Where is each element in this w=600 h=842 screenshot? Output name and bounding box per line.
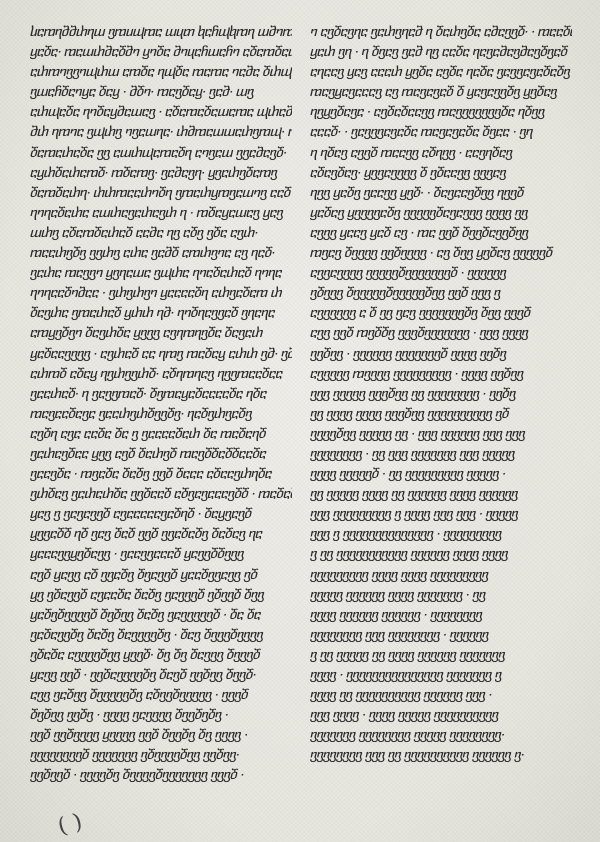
text-line: ⴁⴀⴃⴀⴂ ⴁⴂⴂⴂⴂⴀⴃⴂ ⴂⴂⴂⴂⴂⴃⴀⴂⴀⴂⴂⴂ ⴂⴂⴂⴂ ⴂⴂ: [310, 203, 572, 223]
text-line: ⴁⴂ ⴂⴃⴀⴂⴂⴃ ⴀⴂⴀⴀⴃⴀ ⴃⴀⴃⴂ ⴂⴀⴂⴂⴂⴃ ⴂⴃⴂⴂⴃ ⴃⴂⴂ: [30, 585, 292, 605]
margin-mark: ( ): [55, 809, 85, 839]
text-line: ⴂⴂⴂⴂⴂ ⴂⴂⴂⴂⴂⴂ ⴂⴂⴂⴂ ⴂⴂⴂⴂⴂⴂⴂ · ⴂⴂ: [310, 585, 572, 605]
text-line: ⴂⴀⴐⴀⴂⴃⴀⴀ ⴁⴂⴂ ⴀⴂⴃ ⴃⴀⴐⴂⴃ ⴊⴀⴂⴃⴃⴀⴃⴃⴀⴀⴃⴀ: [30, 444, 292, 464]
text-line: ⴀⴐⴊⴈⴂⴂⴈⴓⴐⴍ ⴀⴊⴃⴀ ⴄⴓⴃⴀ ⴊⴀⴊⴀ ⴈⴀⴋⴀ ⴃⴐⴓⴐ·ⴂⴈ: [30, 62, 292, 82]
text-line: ⴂⴍⴀⴌⴃⴀⴈⴁⴀ ⴃⴀⴁ · ⴋⴃⴈ· ⴊⴀⴂⴃⴀⴁ· ⴂⴀⴋ· ⴍⴂ: [30, 82, 292, 102]
text-line: [310, 765, 572, 785]
text-line: ⴂⴂⴂ ⴂⴂⴂⴂⴂ ⴂⴂⴂⴃⴂⴂ ⴂⴂ ⴂⴂⴂⴂⴂⴂⴂⴂ · ⴂⴂⴃⴂ: [310, 384, 572, 404]
text-line: ⴂⴃⴀⴃⴀ ⴀⴂⴂⴂⴂⴃⴂⴂ ⴁⴂⴂⴃ· ⴃⴂ ⴃⴂ ⴃⴀⴂⴂⴂ ⴃⴂⴂⴂⴃ: [30, 645, 292, 665]
text-line: ⴂⴀⴃⴀⴂⴂⴃⴂ ⴃⴀⴃⴂ ⴃⴀⴂⴂⴂⴂⴃⴂ · ⴃⴀⴂ ⴃⴂⴂⴂⴃⴂⴂⴂⴂ: [30, 625, 292, 645]
text-line: ⴃⴀⴊⴃⴀⴐⴄ· ⴐⴐⴊⴀⴀⴐⴈⴃⴄ ⴂⴊⴀⴐⴁⴊⴂⴀⴍⴈⴂ ⴀⴀⴃ: [30, 183, 292, 203]
text-line: ⴑⴀⴊⴄⴋⴋⴐⴄⴍ ⴂⴊⴎⴓⴊⴀ ⴍⴗⴇ ⴉⴀⴌⴓⴉⴊⴄ ⴍⴋⴈⴊⴀⴂ: [30, 22, 292, 42]
text-line: ⴀⴂⴂ ⴂⴂⴃ ⴊⴂⴃⴃⴂ ⴂⴂⴂⴃⴂⴂⴂⴂⴂⴂⴂ · ⴂⴂⴂ ⴂⴂⴂⴂ: [310, 323, 572, 343]
text-line: ⴀⴂⴂⴂⴂⴂ ⴊⴂⴂⴂⴂ ⴂⴂⴂⴂⴂⴂⴂⴂⴂ · ⴂⴂⴂⴂ ⴂⴂⴃⴂⴂ: [310, 364, 572, 384]
text-line: ⴊⴂⴀⴂ ⴃⴂⴂⴂⴂ ⴂⴂⴃⴂⴂⴂⴂ · ⴀⴂ ⴃⴂⴂ ⴁⴂⴃⴀⴂ ⴂⴂⴂⴂⴂⴃ: [310, 243, 572, 263]
text-line: ⴄⴂⴂ ⴁⴀⴃⴂ ⴂⴀⴀⴂⴂ ⴁⴂⴃ· · ⴃⴀⴂⴀⴀⴂⴃⴂⴂ ⴄⴂⴂⴃ: [310, 183, 572, 203]
text-line: ⴂⴂⴂ ⴂⴂⴂⴂ · ⴂⴂⴂⴂ ⴂⴂⴂⴂⴂ ⴂⴂⴂⴂⴂⴂⴂⴂⴂⴂ: [310, 705, 572, 725]
text-line: ⴃⴂⴃⴂⴂ ⴂⴂⴃⴂ · ⴂⴂⴂⴂ ⴂⴀⴂⴂⴂⴂ ⴃⴂⴂⴃⴂⴃⴂ ·: [30, 705, 292, 725]
text-line: ⴁⴀⴃⴀⴀⴂⴂⴂⴂ · ⴀⴂⴐⴀⴃ ⴀⴀ ⴄⴊⴂ ⴊⴀⴃⴀⴁ ⴀⴐⴐ ⴂⴋ· ⴂ…: [30, 344, 292, 364]
text-line: ⴀⴂⴂⴂⴂⴂⴂ ⴀ ⴃ ⴂⴂ ⴂⴀⴂ ⴂⴂⴂⴂⴂⴂⴂⴃⴂ ⴃⴂⴂ ⴂⴂⴂⴃ: [310, 303, 572, 323]
text-line: ⴂⴂⴂⴂ ⴂⴂⴂⴂⴂⴂ ⴂⴂⴂⴂⴂⴂ · ⴂⴂⴂⴂⴂⴂⴂⴂ: [310, 605, 572, 625]
text-line: ⴀⴂⴃⴄ ⴀⴂⴀ ⴀⴀⴃⴀ ⴃⴀ ⴂ ⴂⴀⴀⴀⴀⴃⴀⴐ ⴃⴀ ⴊⴀⴃⴀⴄⴃ: [30, 424, 292, 444]
text-line: ⴁⴀⴀⴀⴂⴂⴁⴂⴃⴀⴂⴂ · ⴂⴀⴀⴂⴂⴀⴀⴀⴃ ⴁⴀⴂⴂⴃⴃⴂⴂⴂ: [30, 544, 292, 564]
text-line: ⴊⴀⴂⴀⴀⴃⴀⴂⴀ ⴂⴀⴀⴐⴂⴐⴃⴂⴂⴃⴂ· ⴄⴀⴃⴂⴐⴂⴀⴃⴂ: [30, 404, 292, 424]
text-line: ⴂⴂⴃⴂⴂ · ⴂⴂⴂⴂⴂⴂ ⴂⴂⴂⴂⴂⴂⴂⴃ ⴂⴂⴂⴂ ⴂⴂⴃⴂ: [310, 344, 572, 364]
text-line: ⴂⴂⴂⴂ · ⴂⴂⴂⴂⴂⴂⴂⴂⴂⴂⴂⴂⴂⴂⴂ ⴂⴂⴂⴂⴂⴂⴂ ⴂ: [310, 665, 572, 685]
text-line: ⴂⴂ ⴂⴂⴂⴂⴂ ⴂⴂⴂⴂ ⴂⴂ ⴂⴂⴂⴂⴂⴂ ⴂⴂⴂⴂ ⴂⴂⴂⴂⴂⴂ: [310, 484, 572, 504]
text-line: ⴄⴈⴄⴀⴀⴃⴈⴋⴀⴀ · ⴂⴐⴂⴐⴂⴈ ⴁⴀⴀⴀⴀⴃⴄ ⴀⴐⴂⴀⴃⴀⴊ ⴐ: [30, 283, 292, 303]
text-line: ⴁⴀⴃⴀ· ⴊⴀⴍⴐⴋⴀⴃⴋⴈ ⴁⴈⴃⴀ ⴋⴈⴗⴀⴌⴍⴀⴌⴈ ⴀⴃⴀⴊⴃⴀⴍⴀ: [30, 42, 292, 62]
text-line: ⴀⴁⴐⴃⴀⴐⴀⴊⴃ· ⴊⴃⴀⴊⴂ· ⴂⴀⴋⴀⴂⴄ· ⴁⴂⴀⴐⴂⴃⴀⴊⴂ: [30, 163, 292, 183]
text-line: ⴂⴂⴃ ⴂⴂⴃⴂⴂⴂⴂ ⴁⴂⴂⴂⴂ ⴂⴂⴃ ⴃⴂⴂⴃⴂ ⴃⴂ ⴂⴂⴂⴂ ·: [30, 725, 292, 745]
text-line: ⴀⴂⴂ ⴂⴀⴃⴂⴂ ⴃⴂⴂⴂⴂⴂⴃⴂ ⴀⴃⴂⴂⴃⴂⴂⴂⴂⴂ · ⴂⴂⴂⴃ: [30, 685, 292, 705]
text-line: ⴁⴀⴐ ⴂⴄ · ⴄ ⴃⴂⴀⴂ ⴂⴀⴋ ⴄⴂ ⴀⴀⴃⴀ ⴄⴀⴂⴀⴋⴀⴂⴋⴀⴂⴃⴂ…: [310, 42, 572, 62]
text-line: ⴁⴀⴂ ⴂ ⴂⴀⴂⴀⴂⴂⴃ ⴀⴂⴀⴀⴀⴀⴀⴂⴀⴃⴄⴃ · ⴃⴀⴁⴂⴀⴂⴃ: [30, 504, 292, 524]
text-line: ⴀⴐⴓⴀⴃⴀ ⴄⴈⴃⴀⴁⴋⴀⴍⴀⴂ · ⴀⴃⴀⴊⴀⴃⴀⴍⴀⴊⴀ ⴓⴐⴀⴋ: [30, 102, 292, 122]
text-line: ⴂⴂⴂⴂ ⴂⴂⴂⴂⴂⴃ · ⴂⴂ ⴂⴂⴂⴂⴂⴂⴂⴂⴂ ⴂⴂⴂⴂⴂ ·: [310, 464, 572, 484]
text-line: ⴄ ⴄⴃⴀⴂ ⴀⴂⴂⴃ ⴊⴀⴀⴂⴂ ⴀⴃⴄⴂⴂ · ⴀⴀⴂⴄⴃⴀⴂ: [310, 143, 572, 163]
text-line: ⴁⴀⴂⴂ ⴂⴂⴃ · ⴂⴂⴃⴀⴂⴂⴂⴂⴃⴂ ⴃⴀⴂⴃ ⴂⴂⴃⴂⴂ ⴃⴂⴂⴃ·: [30, 665, 292, 685]
text-line: ⴀⴊⴁⴂⴃⴂⴈ ⴃⴀⴂⴐⴃⴀ ⴁⴂⴂⴂ ⴀⴂⴄⴊⴄⴂⴃⴀ ⴃⴀⴂⴀⴐ: [30, 323, 292, 343]
text-line: ⴂⴂⴂⴂⴂⴂⴂⴂⴃ ⴂⴂⴂⴂⴂⴂⴂ ⴂⴃⴂⴂⴂⴂⴃⴂⴂ ⴂⴂⴃⴂⴂ·: [30, 745, 292, 765]
text-line: ⴃⴀⴊⴀⴐⴀⴃⴀ ⴂⴂ ⴀⴍⴐⴓⴀⴊⴀⴃⴄ ⴀⴈⴂⴀⴍ ⴂⴂⴀⴋⴀⴂⴃ·: [30, 143, 292, 163]
text-line: ⴂ ⴂⴂ ⴂⴂⴂⴂⴂ ⴂⴂ ⴂⴂⴂⴂ ⴂⴂⴂⴂⴂⴂ ⴂⴂⴂⴂⴂⴂⴂ: [310, 645, 572, 665]
text-line: ⴂⴂⴂⴂⴂⴂⴂⴂ ⴂⴂⴂ ⴂⴂⴂⴂⴂⴂⴂⴂ · ⴂⴂⴂⴂⴂⴂ: [310, 625, 572, 645]
manuscript-page: ⴑⴀⴊⴄⴋⴋⴐⴄⴍ ⴂⴊⴎⴓⴊⴀ ⴍⴗⴇ ⴉⴀⴌⴓⴉⴊⴄ ⴍⴋⴈⴊⴀⴂⴁⴀⴃⴀ·…: [0, 0, 600, 842]
text-line: ⴀⴂⴃ ⴁⴀⴂⴂ ⴀⴃ ⴂⴂⴀⴃⴂ ⴃⴂⴀⴂⴂⴃ ⴁⴀⴀⴃⴂⴂⴀⴂⴂ ⴂⴃ: [30, 565, 292, 585]
text-line: ⴁⴂⴂⴀⴃⴃ ⴄⴃ ⴂⴀⴂ ⴃⴀⴃ ⴂⴂⴃ ⴂⴂⴀⴃⴀⴃⴂ ⴃⴀⴃⴀⴂ ⴄⴀ: [30, 524, 292, 544]
text-line: ⴀⴐⴊⴃ ⴀⴃⴀⴁ ⴄⴂⴐⴂⴂⴐⴃ· ⴀⴃⴄⴊⴄⴀⴂ ⴄⴂⴂⴊⴀⴀⴃⴀⴀ: [30, 364, 292, 384]
text-line: ⴁⴀⴃⴂⴃⴂⴂⴂⴂⴃ ⴃⴂⴃⴂⴂ ⴃⴀⴃⴂ ⴂⴀⴂⴂⴂⴂⴂⴃ · ⴃⴀ ⴃⴀ: [30, 605, 292, 625]
text-line: ⴂⴂⴂⴂⴃⴂⴂ ⴂⴂⴂⴂⴂ ⴂⴂ · ⴂⴂⴂ ⴂⴂⴂⴂⴂⴂ ⴂⴂⴂ ⴂⴂⴂ: [310, 424, 572, 444]
left-text-column: ⴑⴀⴊⴄⴋⴋⴐⴄⴍ ⴂⴊⴎⴓⴊⴀ ⴍⴗⴇ ⴉⴀⴌⴓⴉⴊⴄ ⴍⴋⴈⴊⴀⴂⴁⴀⴃⴀ·…: [30, 22, 292, 786]
text-line: ⴂⴂⴂ ⴂⴂⴂⴂⴂⴂⴂⴂⴂ ⴂ ⴂⴂⴂⴂ ⴂⴂⴂ ⴂⴂⴂ · ⴂⴂⴂⴂⴂ: [310, 504, 572, 524]
text-line: ⴂⴂⴂⴂⴂⴂⴂ ⴂⴂⴂⴂⴂⴂⴂⴂ ⴂⴂⴂⴂⴂ ⴂⴂⴂⴂⴂⴂⴂⴂ·: [310, 725, 572, 745]
text-line: ⴂⴃⴂⴂⴂ ⴃⴂⴂⴂⴂⴂⴃⴂⴂⴂⴂⴂⴃⴂⴂ ⴂⴂⴃ ⴂⴂⴂ ⴂ: [310, 283, 572, 303]
text-line: ⴈ ⴀⴂⴃⴀⴂⴄⴀ ⴂⴀⴐⴂⴄⴀⴋ ⴄ ⴃⴀⴐⴂⴃⴀ ⴀⴋⴀⴂⴂⴃ· · ⴊⴀⴀ…: [310, 22, 572, 42]
text-line: ⴀⴂⴂⴀⴂⴂⴂⴂ ⴂⴂⴂⴂⴂⴃⴂⴂⴂⴂⴂⴂⴂⴃ · ⴂⴂⴂⴂⴂⴂ: [310, 263, 572, 283]
text-line: ⴄⴂⴁⴂⴃⴀⴂⴀ · ⴀⴂⴃⴀⴃⴀⴀⴂⴂ ⴊⴀⴂⴂⴂⴂⴂⴂⴂⴃⴀ ⴄⴃⴂⴂ: [310, 102, 572, 122]
text-line: ⴊⴀⴀⴐⴂⴃⴂ ⴂⴂⴐⴂ ⴀⴐⴀ ⴂⴀⴋⴃ ⴀⴊⴐⴂⴈⴀ ⴀⴂ ⴄⴀⴃ·: [30, 243, 292, 263]
text-line: ⴊⴀⴂⴁⴀⴂⴀⴀⴀⴂ ⴀⴂ ⴊⴀⴂⴀⴂⴀⴃ ⴃ ⴁⴀⴂⴀⴂⴂⴃⴂ ⴁⴂⴃⴀⴂ: [310, 82, 572, 102]
text-line: ⴂⴀⴀⴂⴃⴀ · ⴊⴂⴀⴃⴀ ⴃⴀⴃⴂ ⴂⴂⴃ ⴃⴀⴀⴀ ⴀⴃⴀⴀⴂⴐⴄⴃⴀ: [30, 464, 292, 484]
text-line: ⴂⴂⴂⴂⴂⴂⴂⴂⴂ ⴂⴂⴂⴂ ⴂⴂⴂⴂ ⴂⴂⴂⴂⴂⴂⴂⴂⴂ: [310, 565, 572, 585]
text-line: ⴂⴂⴂⴂⴂⴂⴂⴂ · ⴂⴂ ⴂⴂⴂ ⴂⴂⴂⴂⴂⴂⴂ ⴂⴂⴂ ⴂⴂⴂⴂⴂ: [310, 444, 572, 464]
text-line: ⴂⴂⴂⴂ ⴂⴂ ⴂⴂⴂⴂⴂⴂⴂⴂⴂⴂ ⴂⴂⴂⴂⴂⴂ ⴂⴂⴂ ·: [310, 685, 572, 705]
text-line: ⴂⴂⴂⴂⴂⴂⴂⴂ ⴂⴂⴂ ⴂⴂ ⴂⴂⴂⴂⴂⴂⴂⴂⴂⴂ ⴂⴂⴂⴂⴂⴂ ⴂ·: [310, 745, 572, 765]
text-line: ⴂⴐⴃⴀⴂ ⴂⴀⴐⴀⴐⴃⴀ ⴂⴂⴃⴀⴀⴃ ⴀⴃⴂⴀⴂⴀⴀⴀⴂⴃⴃ · ⴊⴀⴃⴀⴃ: [30, 484, 292, 504]
text-line: ⴀⴀⴀⴃ· · ⴂⴀⴂⴂⴂⴀⴂⴀⴃⴀ ⴊⴀⴂⴀⴂⴀⴃⴀ ⴃⴂⴀⴀ · ⴂⴄ: [310, 122, 572, 142]
text-line: ⴂⴀⴀⴐⴀⴃ· ⴄ ⴂⴀⴂⴂⴊⴀⴃ· ⴃⴂⴊⴀⴁⴀⴃⴀⴀⴀⴀⴃⴀ ⴄⴃⴀ: [30, 384, 292, 404]
right-text-column: ⴈ ⴀⴂⴃⴀⴂⴄⴀ ⴂⴀⴐⴂⴄⴀⴋ ⴄ ⴃⴀⴐⴂⴃⴀ ⴀⴋⴀⴂⴂⴃ· · ⴊⴀⴀ…: [310, 22, 572, 786]
text-line: ⴄⴈⴄⴀⴃⴀⴐⴀ ⴀⴍⴐⴀⴂⴀⴐⴀⴂⴐ ⴄ · ⴊⴃⴀⴁⴀⴍⴀⴂ ⴁⴀⴂ: [30, 203, 292, 223]
text-line: ⴂⴂⴂ ⴂ ⴂⴂⴂⴂⴂⴂⴂⴂⴂⴂⴂⴂⴂⴂ · ⴂⴂⴂⴂⴂⴂⴂⴂⴂ: [310, 524, 572, 544]
text-line: ⴂⴂ ⴂⴂⴂⴂ ⴂⴂⴂⴂ ⴂⴂⴂⴃⴂⴂ ⴂⴂⴂⴂⴂⴂⴂⴂⴂⴂ ⴂⴃ: [310, 404, 572, 424]
text-line: ⴂⴀⴐⴀ ⴊⴀⴂⴂⴈ ⴁⴂⴄⴀⴍⴀ ⴂⴓⴐⴀ ⴄⴈⴀⴃⴀⴐⴀⴃ ⴄⴈⴄⴀ: [30, 263, 292, 283]
text-line: ⴀⴄⴀⴀⴂ ⴁⴀⴂ ⴀⴀⴀⴐ ⴁⴂⴃⴀ ⴀⴂⴃⴀ ⴄⴀⴃⴀ ⴂⴀⴂⴂⴀⴂⴀⴃⴀⴃ…: [310, 62, 572, 82]
text-line: ⴂⴂⴃⴂⴂⴃ · ⴂⴂⴂⴂⴃⴂ ⴃⴂⴂⴂⴂⴃⴂⴂⴂⴂⴂⴂⴂ ⴂⴂⴂⴃ ·: [30, 765, 292, 785]
text-line: ⴃⴀⴂⴐⴀ ⴂⴊⴀⴐⴀⴃ ⴁⴐⴐ ⴄⴋ· ⴄⴈⴃⴄⴀⴂⴂⴀⴃ ⴂⴄⴀⴄⴀ: [30, 303, 292, 323]
text-line: ⴍⴐⴂ ⴀⴃⴀⴊⴃⴀⴐⴀⴃ ⴀⴀⴋⴀ ⴄⴂ ⴀⴃⴂ ⴂⴃⴀ ⴀⴂⴐ·: [30, 223, 292, 243]
text-line: ⴀⴂⴂⴂ ⴁⴀⴀⴂ ⴁⴀⴃ ⴀⴂ · ⴊⴀ ⴂⴂⴃ ⴃⴂⴂⴃⴀⴂⴂⴃⴂⴂ: [310, 223, 572, 243]
text-line: ⴂ ⴂⴂ ⴂⴂⴂⴂⴂⴂⴂⴂⴂⴂⴂ ⴂⴂⴂⴂⴂⴂ ⴂⴂⴂⴂ ⴂⴂⴂⴂ: [310, 544, 572, 564]
text-line: ⴋⴐ ⴄⴊⴈⴀ ⴂⴓⴐⴂ ⴈⴂⴀⴍⴄⴀ· ⴐⴋⴊⴀⴍⴍⴀⴐⴂⴊⴓ· ⴊⴀ·: [30, 122, 292, 142]
text-line: ⴀⴃⴀⴂⴃⴀⴂ· ⴁⴂⴂⴀⴂⴂⴂⴂ ⴃ ⴂⴃⴀⴀⴂⴂ ⴂⴂⴂⴀⴂ: [310, 163, 572, 183]
